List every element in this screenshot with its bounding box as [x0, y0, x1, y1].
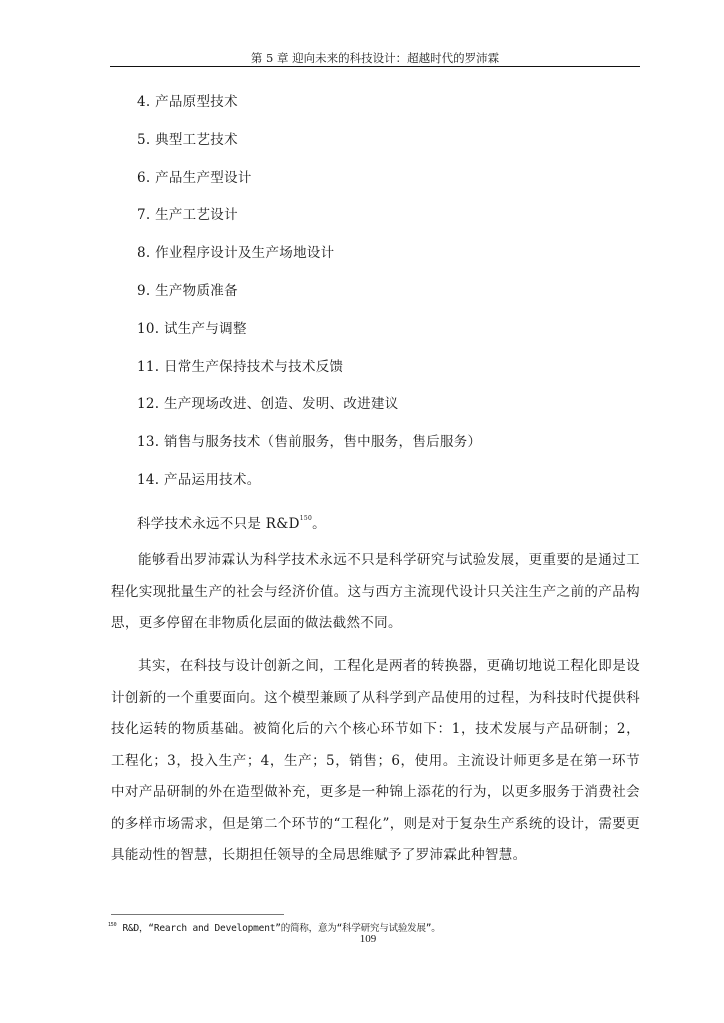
list-item: 7. 生产工艺设计 [137, 205, 481, 243]
footnote: 150R&D，“Rearch and Development”的简称，意为“科学… [108, 920, 441, 934]
list-item: 10. 试生产与调整 [137, 319, 481, 357]
rd-statement-end: 。 [312, 516, 326, 532]
footnote-reference[interactable]: 150 [300, 515, 312, 522]
list-item: 4. 产品原型技术 [137, 92, 481, 130]
list-item: 9. 生产物质准备 [137, 281, 481, 319]
process-list: 4. 产品原型技术 5. 典型工艺技术 6. 产品生产型设计 7. 生产工艺设计… [137, 92, 481, 508]
list-item: 14. 产品运用技术。 [137, 470, 481, 508]
body-paragraph: 其实，在科技与设计创新之间，工程化是两者的转换器，更确切地说工程化即是设计创新的… [111, 651, 640, 872]
list-item: 12. 生产现场改进、创造、发明、改进建议 [137, 394, 481, 432]
rd-statement-text: 科学技术永远不只是 R&D [137, 516, 300, 532]
running-title: 第 5 章 迎向未来的科技设计：超越时代的罗沛霖 [110, 50, 640, 66]
list-item: 11. 日常生产保持技术与技术反馈 [137, 357, 481, 395]
list-item: 13. 销售与服务技术（售前服务，售中服务，售后服务） [137, 432, 481, 470]
rd-statement: 科学技术永远不只是 R&D150。 [137, 512, 326, 532]
header-divider [110, 66, 640, 67]
body-paragraph: 能够看出罗沛霖认为科学技术永远不只是科学研究与试验发展，更重要的是通过工程化实现… [111, 545, 640, 640]
list-item: 8. 作业程序设计及生产场地设计 [137, 243, 481, 281]
footnote-divider [111, 914, 284, 915]
list-item: 5. 典型工艺技术 [137, 130, 481, 168]
footnote-number: 150 [108, 922, 116, 928]
page-number: 109 [0, 933, 724, 945]
list-item: 6. 产品生产型设计 [137, 168, 481, 206]
